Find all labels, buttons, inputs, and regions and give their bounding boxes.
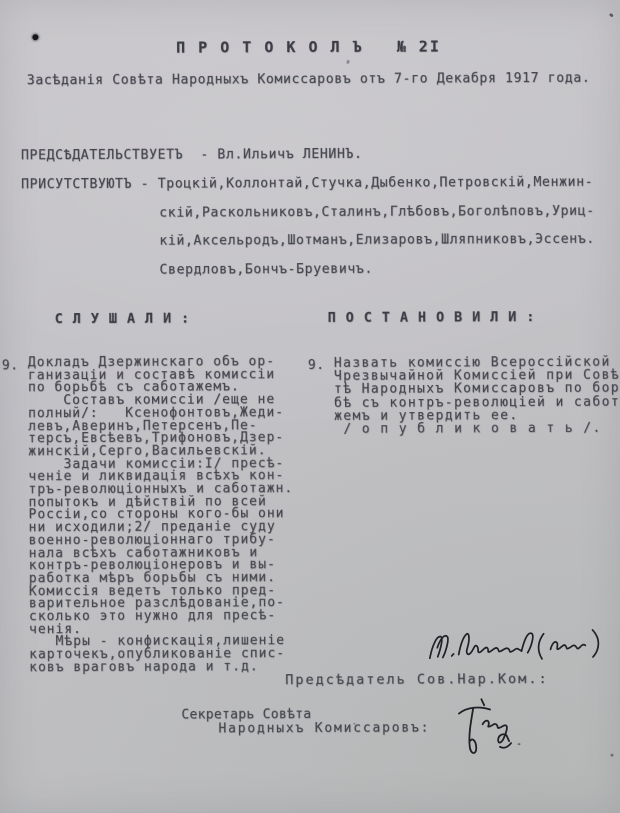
document-subtitle: Засѣданія Совѣта Народныхъ Комиссаровъ о… [0, 71, 619, 89]
chairman-label: Предсѣдатель Сов.Нар.Ком.: [285, 671, 548, 688]
resolved-line: / о п у б л и к о в а т ь /. [334, 422, 620, 436]
presiding-line: ПРЕДСѢДАТЕЛЬСТВУЕТЪ - Вл.Ильичъ ЛЕНИНЪ. [21, 147, 363, 163]
heard-item-number: 9. [2, 358, 19, 373]
paper-speck [611, 754, 614, 757]
resolved-column-header: П О С Т А Н О В И Л И : [328, 309, 536, 326]
attendees-line: ПРИСУТСТВУЮТЪ - Троцкій,Коллонтай,Стучка… [21, 175, 593, 192]
paper-speck [353, 723, 355, 725]
document-content: П Р О Т О К О Л Ъ № 2I Засѣданія Совѣта … [0, 0, 620, 813]
heard-line: ковъ враговъ народа и т.д. [29, 661, 314, 675]
document-page: П Р О Т О К О Л Ъ № 2I Засѣданія Совѣта … [0, 0, 620, 813]
document-title: П Р О Т О К О Л Ъ № 2I [0, 37, 618, 58]
attendees-line: Свердловъ,Бончъ-Бруевичъ. [159, 262, 373, 278]
attendees-line: кій,Аксельродъ,Шотманъ,Елизаровъ,Шляпник… [159, 232, 595, 249]
ink-blot [32, 34, 38, 40]
paper-speck [346, 59, 350, 64]
secretary-label-line2: Народныхъ Комиссаровъ: [218, 720, 430, 736]
secretary-signature [449, 696, 515, 764]
paper-speck [609, 13, 614, 18]
lenin-signature [423, 614, 617, 671]
heard-column: Докладъ Дзержинскаго объ ор- ганизаціи и… [28, 356, 314, 675]
resolved-column: Назвать комиссію Всероссійской Чрезвычай… [334, 356, 620, 436]
heard-column-header: С Л У Ш А Л И : [55, 311, 190, 328]
attendees-block: ПРИСУТСТВУЮТЪ - Троцкій,Коллонтай,Стучка… [0, 0, 618, 1]
paper-speck [517, 743, 520, 745]
attendees-line: скій,Раскольниковъ,Сталинъ,Глѣбовъ,Богол… [159, 204, 595, 221]
